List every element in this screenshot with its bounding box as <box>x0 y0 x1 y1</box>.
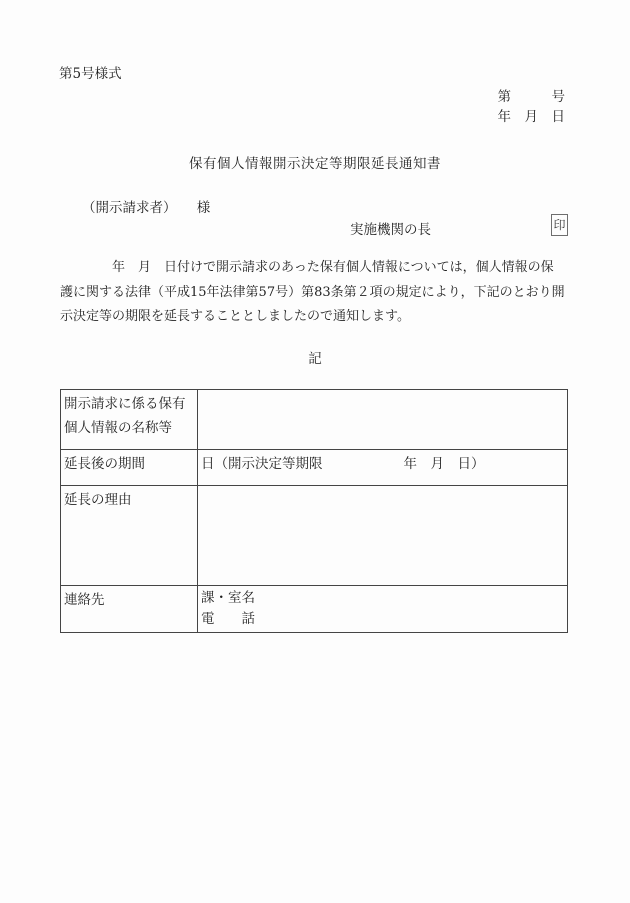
table-row: 開示請求に係る保有個人情報の名称等 <box>61 390 568 450</box>
document-page: 第5号様式 第 号 年 月 日 保有個人情報開示決定等期限延長通知書 （開示請求… <box>0 0 630 903</box>
form-table: 開示請求に係る保有個人情報の名称等 延長後の期間 日（開示決定等期限 年 月 日… <box>60 389 568 633</box>
table-row: 延長の理由 <box>61 486 568 586</box>
body-line: 示決定等の期限を延長することとしましたので通知します。 <box>60 305 565 330</box>
row-label: 延長後の期間 <box>61 450 198 486</box>
ref-block: 第 号 年 月 日 <box>498 87 566 127</box>
ref-number: 第 号 <box>498 87 566 107</box>
seal-box: 印 <box>551 214 568 236</box>
form-number: 第5号様式 <box>59 62 122 82</box>
body-line: 年 月 日付けで開示請求のあった保有個人情報については，個人情報の保 <box>60 256 565 281</box>
row-label: 延長の理由 <box>61 486 198 586</box>
row-value: 日（開示決定等期限 年 月 日） <box>198 450 568 486</box>
body-line: 護に関する法律（平成15年法律第57号）第83条第２項の規定により，下記のとおり… <box>60 281 565 306</box>
ref-date: 年 月 日 <box>498 107 566 127</box>
table-row: 連絡先 課・室名 電 話 <box>61 586 568 633</box>
contact-line: 課・室名 <box>201 588 565 609</box>
row-value <box>198 486 568 586</box>
row-label: 連絡先 <box>61 586 198 633</box>
contact-line: 電 話 <box>201 609 565 630</box>
record-marker: 記 <box>0 347 630 367</box>
row-value: 課・室名 電 話 <box>198 586 568 633</box>
body-paragraph: 年 月 日付けで開示請求のあった保有個人情報については，個人情報の保 護に関する… <box>60 256 565 330</box>
page-title: 保有個人情報開示決定等期限延長通知書 <box>0 152 630 172</box>
row-value <box>198 390 568 450</box>
row-label: 開示請求に係る保有個人情報の名称等 <box>61 390 198 450</box>
table-row: 延長後の期間 日（開示決定等期限 年 月 日） <box>61 450 568 486</box>
addressee: （開示請求者） 様 <box>82 196 210 216</box>
issuer: 実施機関の長 <box>350 218 431 238</box>
